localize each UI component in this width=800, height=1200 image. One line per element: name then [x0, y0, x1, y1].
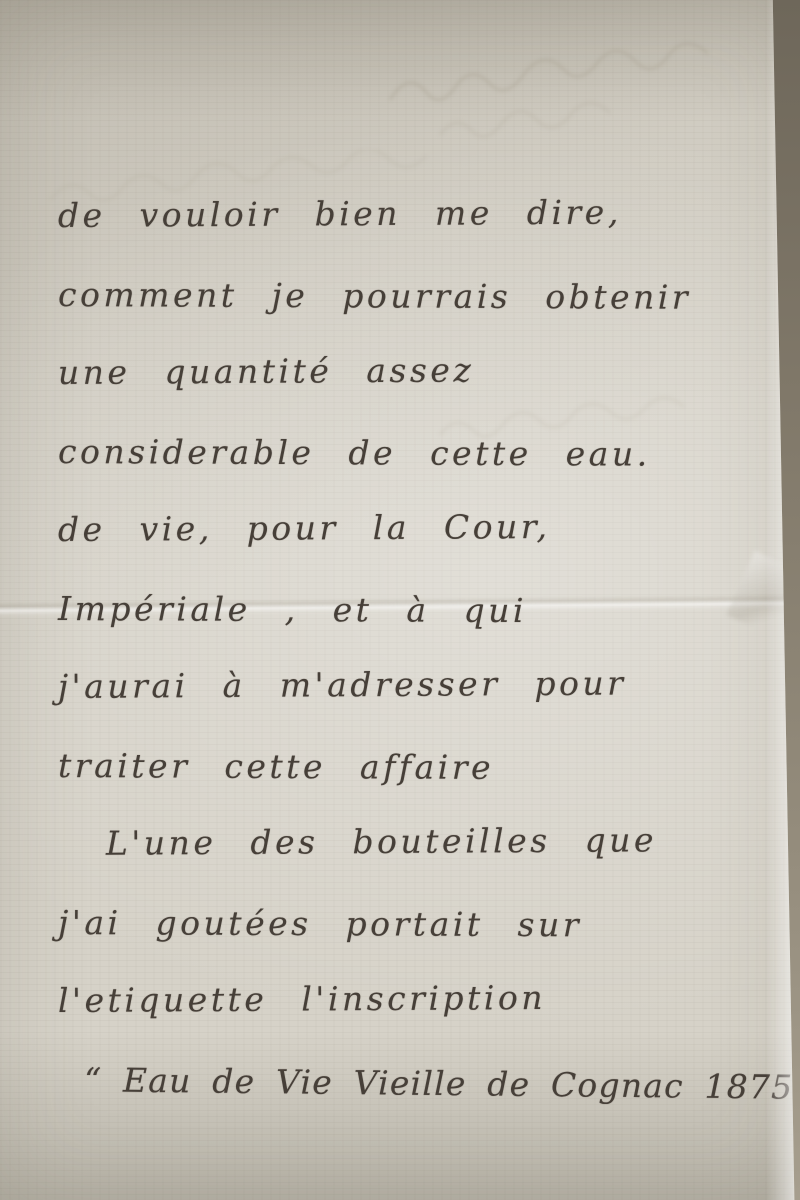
handwritten-line-5: de vie, pour la Cour,	[58, 506, 780, 589]
handwritten-line-3: une quantité assez	[58, 349, 780, 432]
handwritten-line-11: l'etiquette l'inscription	[58, 977, 780, 1060]
handwritten-line-8: traiter cette affaire	[58, 746, 780, 828]
handwritten-line-9: L'une des bouteilles que	[58, 820, 780, 903]
handwritten-line-10: j'ai goutées portait sur	[58, 903, 780, 985]
ink-bleedthrough-ghost	[380, 20, 760, 150]
handwritten-line-2: comment je pourrais obtenir	[58, 275, 780, 357]
handwritten-line-6: Impériale , et à qui	[58, 589, 780, 671]
letter-paper: de vouloir bien me dire, comment je pour…	[0, 0, 800, 1200]
handwritten-line-12: “ Eau de Vie Vieille de Cognac 1875 ”	[58, 1060, 781, 1146]
handwritten-line-1: de vouloir bien me dire,	[58, 192, 780, 275]
handwritten-line-7: j'aurai à m'adresser pour	[58, 663, 780, 746]
photo-backdrop: de vouloir bien me dire, comment je pour…	[0, 0, 800, 1200]
handwritten-line-4: considerable de cette eau.	[58, 432, 780, 514]
letter-body: de vouloir bien me dire, comment je pour…	[58, 196, 780, 1138]
